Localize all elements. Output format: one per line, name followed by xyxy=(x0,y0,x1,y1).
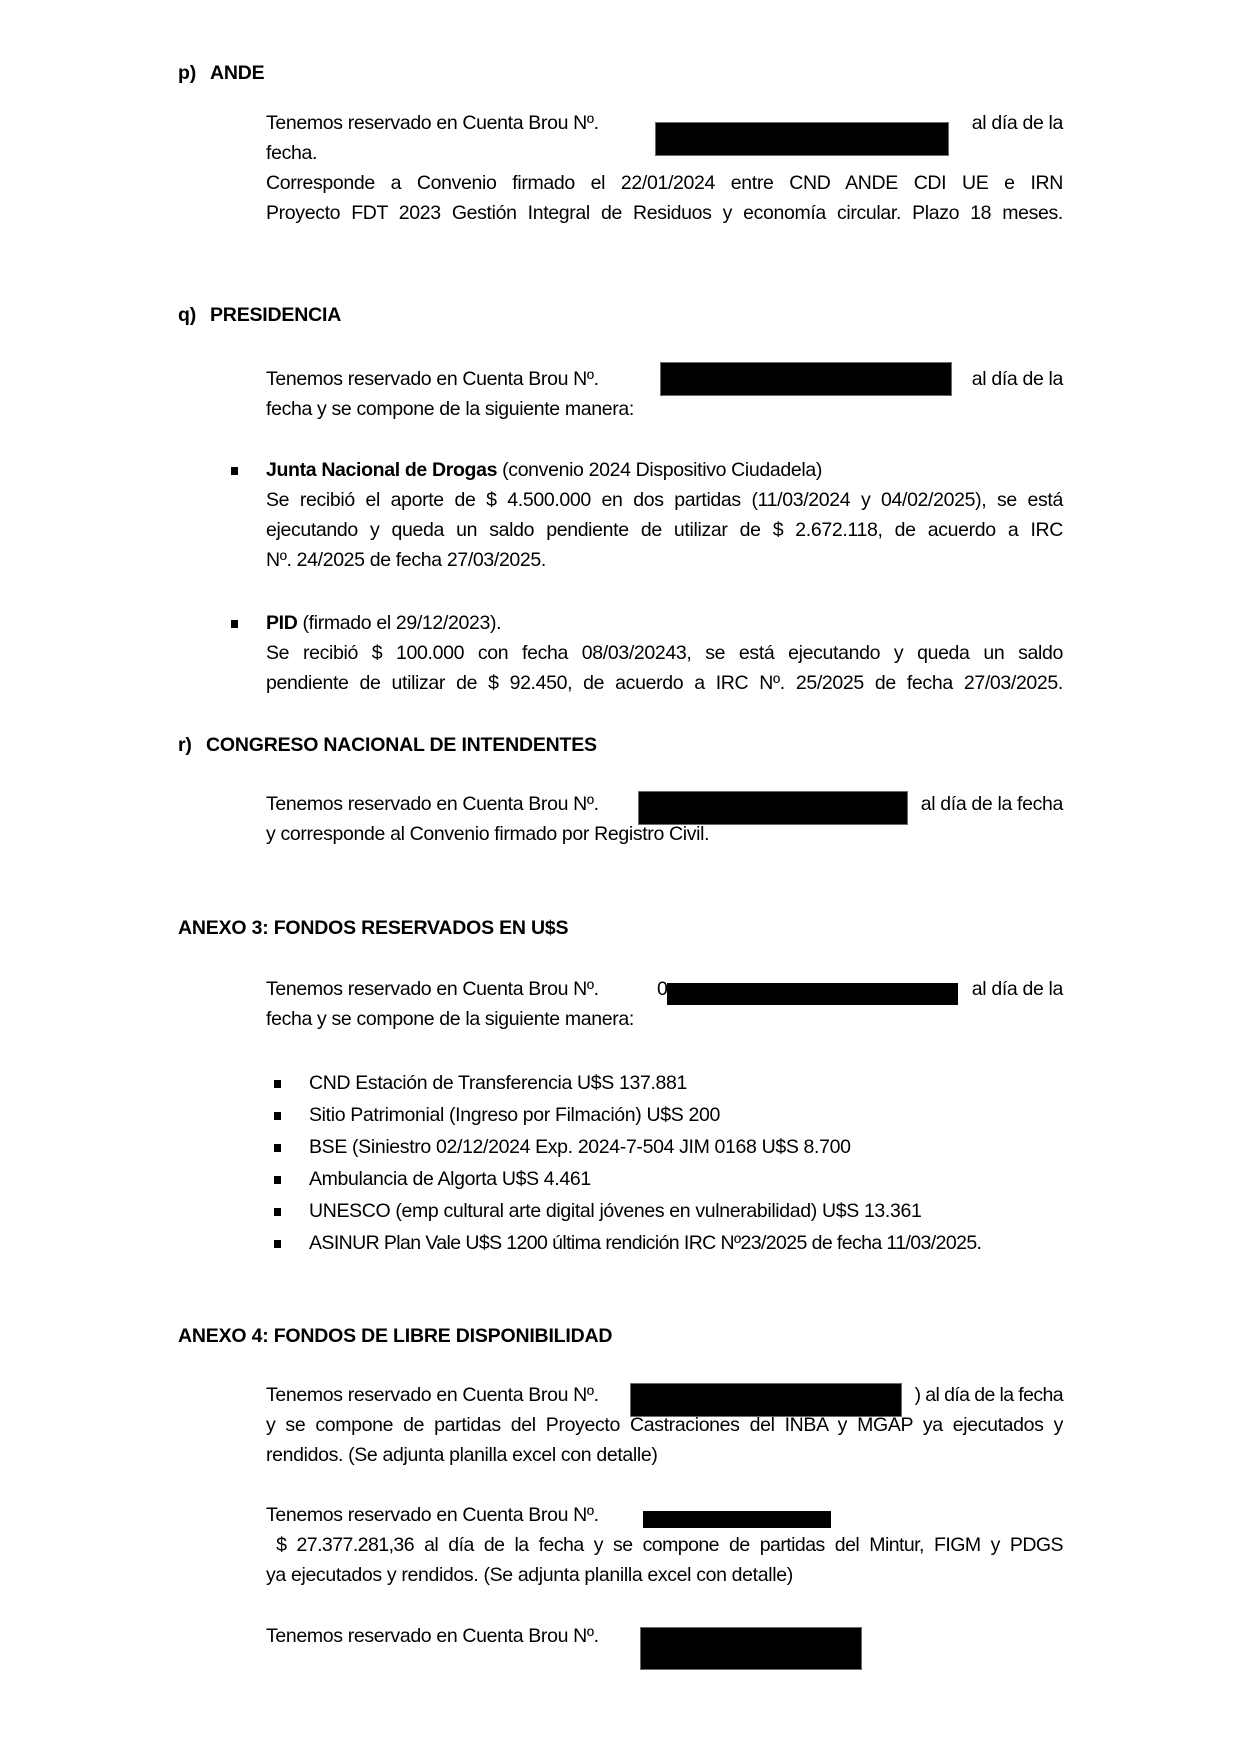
paragraph-line: fecha y se compone de la siguiente maner… xyxy=(266,1004,634,1034)
list-item-bold: PID xyxy=(266,612,297,634)
list-item: UNESCO (emp cultural arte digital jóvene… xyxy=(309,1196,921,1226)
account-line-prefix: Tenemos reservado en Cuenta Brou Nº. xyxy=(266,974,599,1004)
paragraph-line: rendidos. (Se adjunta planilla excel con… xyxy=(266,1440,658,1470)
account-line-prefix: Tenemos reservado en Cuenta Brou Nº. xyxy=(266,108,599,138)
account-line-suffix: al día de la xyxy=(955,108,1063,138)
list-item: ASINUR Plan Vale U$S 1200 última rendici… xyxy=(309,1228,981,1258)
paragraph-line: pendiente de utilizar de $ 92.450, de ac… xyxy=(266,668,1063,698)
paragraph-line: $ 27.377.281,36 al día de la fecha y se … xyxy=(266,1530,1063,1560)
list-item: Ambulancia de Algorta U$S 4.461 xyxy=(309,1164,591,1194)
account-line-suffix: ) al día de la fecha xyxy=(902,1380,1063,1410)
list-item-title-rest: (firmado el 29/12/2023). xyxy=(297,612,501,634)
list-item: CND Estación de Transferencia U$S 137.88… xyxy=(309,1068,687,1098)
account-line-prefix: Tenemos reservado en Cuenta Brou Nº. xyxy=(266,1380,599,1410)
section-heading-presidencia: q)PRESIDENCIA xyxy=(178,304,341,327)
bullet-square-icon xyxy=(274,1208,281,1216)
list-item-title: PID (firmado el 29/12/2023). xyxy=(266,608,501,638)
account-visible-digit: 0 xyxy=(657,974,668,1004)
bullet-square-icon xyxy=(274,1176,281,1184)
section-title: PRESIDENCIA xyxy=(210,304,341,326)
paragraph-line: ejecutando y queda un saldo pendiente de… xyxy=(266,515,1063,545)
account-line-suffix: al día de la fecha xyxy=(909,789,1063,819)
paragraph-line: fecha. xyxy=(266,138,317,168)
bullet-square-icon xyxy=(274,1112,281,1120)
section-marker: p) xyxy=(178,62,210,85)
section-title: ANDE xyxy=(210,62,264,84)
account-line-prefix: Tenemos reservado en Cuenta Brou Nº. xyxy=(266,789,599,819)
annex-heading-4: ANEXO 4: FONDOS DE LIBRE DISPONIBILIDAD xyxy=(178,1325,612,1348)
section-marker: q) xyxy=(178,304,210,327)
bullet-square-icon xyxy=(231,467,238,475)
bullet-square-icon xyxy=(274,1080,281,1088)
annex-heading-3: ANEXO 3: FONDOS RESERVADOS EN U$S xyxy=(178,917,568,940)
paragraph-line: y corresponde al Convenio firmado por Re… xyxy=(266,819,709,849)
section-marker: r) xyxy=(178,734,206,757)
list-item: BSE (Siniestro 02/12/2024 Exp. 2024-7-50… xyxy=(309,1132,851,1162)
paragraph-line: Se recibió $ 100.000 con fecha 08/03/202… xyxy=(266,638,1063,668)
paragraph-line: fecha y se compone de la siguiente maner… xyxy=(266,394,634,424)
redacted-account-number xyxy=(660,362,952,396)
paragraph-line: Se recibió el aporte de $ 4.500.000 en d… xyxy=(266,485,1063,515)
redacted-account-number xyxy=(655,122,949,156)
account-line-suffix: al día de la xyxy=(955,364,1063,394)
paragraph-line: Nº. 24/2025 de fecha 27/03/2025. xyxy=(266,545,546,575)
section-heading-ande: p)ANDE xyxy=(178,62,264,85)
account-line-suffix: al día de la xyxy=(958,974,1063,1004)
bullet-square-icon xyxy=(274,1240,281,1248)
list-item-title-rest: (convenio 2024 Dispositivo Ciudadela) xyxy=(497,459,822,481)
redacted-account-number xyxy=(667,983,958,1005)
bullet-square-icon xyxy=(274,1144,281,1152)
paragraph-line: y se compone de partidas del Proyecto Ca… xyxy=(266,1410,1063,1440)
redacted-account-number xyxy=(643,1511,831,1528)
list-item-bold: Junta Nacional de Drogas xyxy=(266,459,497,481)
section-title: CONGRESO NACIONAL DE INTENDENTES xyxy=(206,734,597,756)
paragraph-line: Corresponde a Convenio firmado el 22/01/… xyxy=(266,168,1063,198)
paragraph-line: ya ejecutados y rendidos. (Se adjunta pl… xyxy=(266,1560,793,1590)
bullet-square-icon xyxy=(231,620,238,628)
paragraph-line: Proyecto FDT 2023 Gestión Integral de Re… xyxy=(266,198,1063,228)
list-item: Sitio Patrimonial (Ingreso por Filmación… xyxy=(309,1100,720,1130)
redacted-account-number xyxy=(640,1627,862,1670)
account-line-prefix: Tenemos reservado en Cuenta Brou Nº. xyxy=(266,1500,599,1530)
account-line-prefix: Tenemos reservado en Cuenta Brou Nº. xyxy=(266,364,599,394)
section-heading-congreso: r)CONGRESO NACIONAL DE INTENDENTES xyxy=(178,734,597,757)
list-item-title: Junta Nacional de Drogas (convenio 2024 … xyxy=(266,455,822,485)
account-line-prefix: Tenemos reservado en Cuenta Brou Nº. xyxy=(266,1621,599,1651)
